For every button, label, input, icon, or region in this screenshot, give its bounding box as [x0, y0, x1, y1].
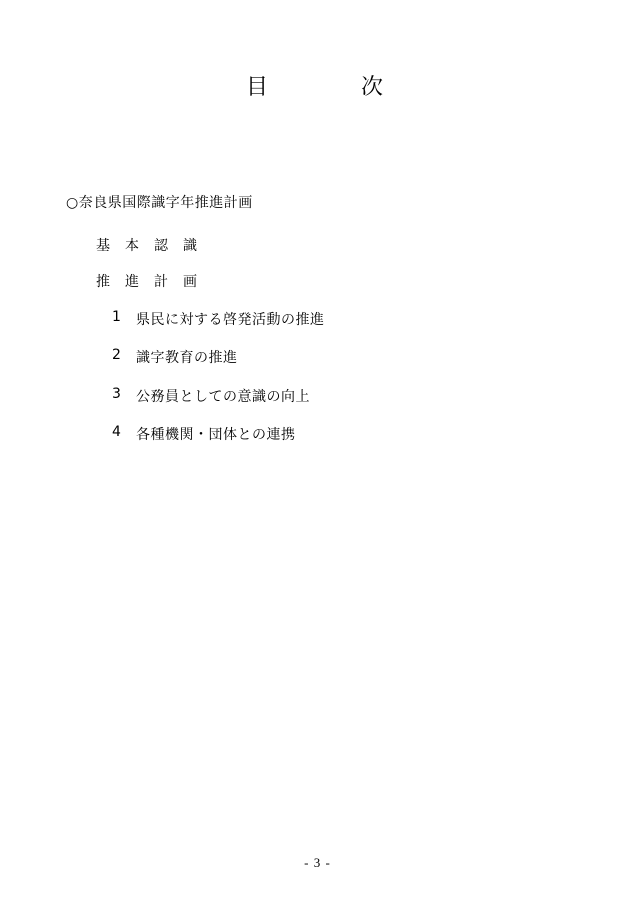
toc-item-1-text: 県民に対する啓発活動の推進 — [136, 309, 325, 329]
toc-item-4-number: 4 — [112, 424, 136, 444]
toc-item-3-text: 公務員としての意識の向上 — [136, 386, 310, 406]
toc-plan-heading: ○奈良県国際識字年推進計画 — [66, 192, 253, 212]
toc-item-4-text: 各種機関・団体との連携 — [136, 424, 296, 444]
toc-item-4: 4 各種機関・団体との連携 — [112, 424, 296, 444]
toc-item-2-number: 2 — [112, 347, 136, 367]
toc-item-3-number: 3 — [112, 386, 136, 406]
page-title: 目 次 — [246, 70, 384, 101]
toc-section-promotion-plan: 推 進 計 画 — [96, 271, 198, 291]
page-number: - 3 - — [0, 855, 635, 871]
toc-section-basic-recognition: 基 本 認 識 — [96, 235, 198, 255]
toc-item-1: 1 県民に対する啓発活動の推進 — [112, 309, 325, 329]
document-page: 目 次 ○奈良県国際識字年推進計画 基 本 認 識 推 進 計 画 1 県民に対… — [0, 0, 635, 898]
toc-item-2: 2 識字教育の推進 — [112, 347, 238, 367]
toc-item-2-text: 識字教育の推進 — [136, 347, 238, 367]
toc-item-1-number: 1 — [112, 309, 136, 329]
toc-item-3: 3 公務員としての意識の向上 — [112, 386, 310, 406]
